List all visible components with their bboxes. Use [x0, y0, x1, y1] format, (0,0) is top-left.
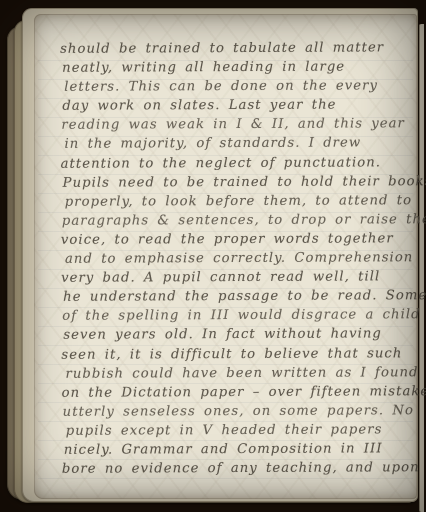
handwriting-line: paragraphs & sentences, to drop or raise… [61, 210, 413, 231]
handwriting-line: day work on slates. Last year the [60, 96, 412, 117]
handwriting-line: neatly, writing all heading in large [60, 57, 412, 78]
handwriting-line: reading was weak in I & II, and this yea… [60, 115, 412, 136]
handwriting-line: he understand the passage to be read. So… [61, 286, 413, 307]
handwriting-line: and to emphasise correctly. Comprehensio… [61, 248, 413, 269]
handwriting-line: of the spelling in III would disgrace a … [61, 306, 413, 327]
notebook-photograph: should be trained to tabulate all matter… [0, 0, 426, 512]
handwriting-line: Pupils need to be trained to hold their … [61, 172, 413, 193]
handwritten-text-block: should be trained to tabulate all matter… [60, 38, 414, 479]
handwriting-line: utterly senseless ones, on some papers. … [62, 401, 414, 422]
handwriting-line: bore no evidence of any teaching, and up… [62, 458, 414, 479]
handwriting-line: seen it, it is difficult to believe that… [61, 344, 413, 365]
handwriting-line: should be trained to tabulate all matter [60, 38, 412, 59]
handwriting-line: nicely. Grammar and Composition in III [62, 439, 414, 460]
handwriting-line: voice, to read the proper words together [61, 229, 413, 250]
handwriting-line: attention to the neglect of punctuation. [61, 153, 413, 174]
handwriting-line: properly, to look before them, to attend… [61, 191, 413, 212]
handwriting-line: letters. This can be done on the every [60, 76, 412, 97]
handwriting-line: in the majority, of standards. I drew [60, 134, 412, 155]
handwriting-line: rubbish could have been written as I fou… [61, 363, 413, 384]
handwriting-line: very bad. A pupil cannot read well, till [61, 267, 413, 288]
notebook-page: should be trained to tabulate all matter… [34, 14, 417, 499]
facing-page-edge [419, 24, 424, 512]
handwriting-line: seven years old. In fact without having [61, 325, 413, 346]
handwriting-line: pupils except in V headed their papers [62, 420, 414, 441]
handwriting-line: on the Dictation paper – over fifteen mi… [62, 382, 414, 403]
